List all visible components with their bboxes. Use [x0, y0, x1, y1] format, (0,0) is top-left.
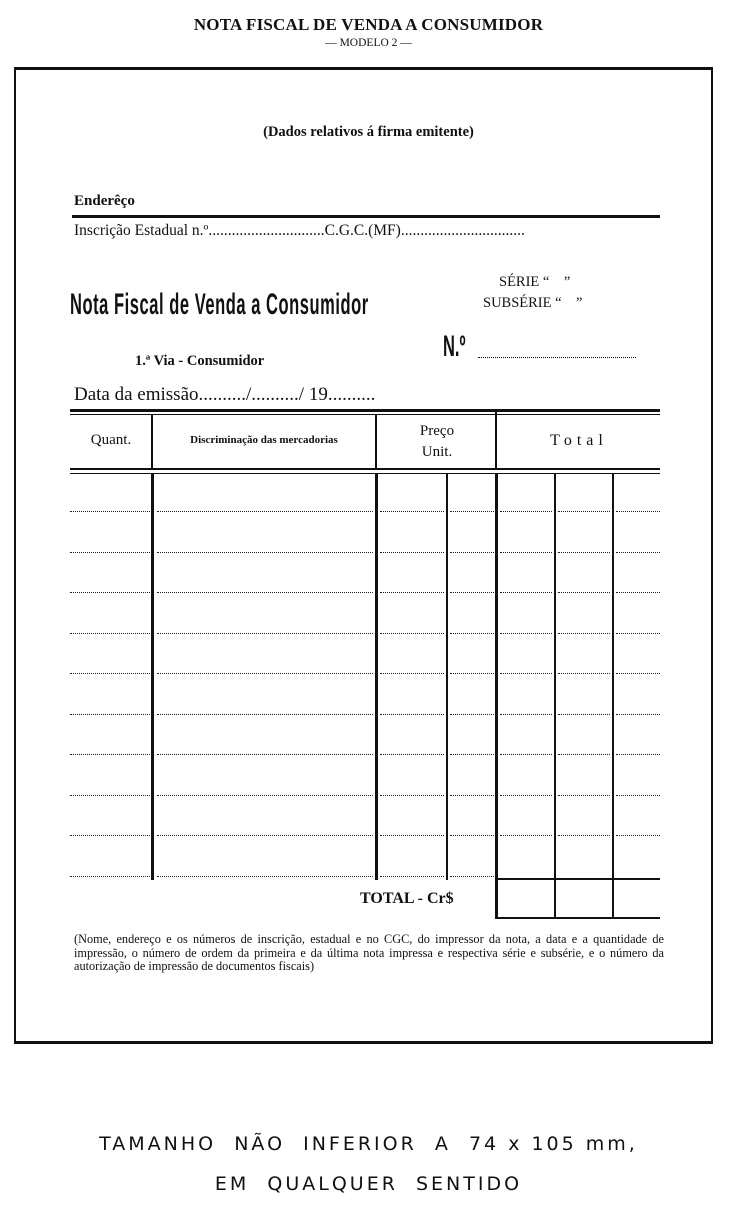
- table-row-cell[interactable]: [70, 511, 150, 512]
- serie-label: SÉRIE “ ”: [499, 274, 570, 291]
- table-row-cell[interactable]: [500, 592, 552, 593]
- table-row-cell[interactable]: [616, 592, 660, 593]
- registration-line: Inscrição Estadual n.º..................…: [74, 222, 525, 240]
- printer-info-note: (Nome, endereço e os números de inscriçã…: [74, 933, 664, 974]
- table-row-cell[interactable]: [558, 754, 610, 755]
- table-row-cell[interactable]: [500, 633, 552, 634]
- table-row-cell[interactable]: [500, 835, 552, 836]
- body-divider-total-2: [554, 474, 556, 919]
- table-row-cell[interactable]: [380, 714, 444, 715]
- table-row-cell[interactable]: [157, 673, 373, 674]
- table-row-cell[interactable]: [558, 552, 610, 553]
- table-row-cell[interactable]: [558, 714, 610, 715]
- body-divider-total-3: [612, 474, 614, 919]
- table-row-cell[interactable]: [558, 835, 610, 836]
- table-row-cell[interactable]: [157, 876, 373, 877]
- body-divider-quant: [151, 474, 154, 880]
- table-row-cell[interactable]: [380, 673, 444, 674]
- table-row-cell[interactable]: [70, 754, 150, 755]
- header-divider-2: [375, 414, 377, 469]
- table-row-cell[interactable]: [450, 876, 494, 877]
- table-row-cell[interactable]: [157, 795, 373, 796]
- table-row-cell[interactable]: [157, 633, 373, 634]
- table-row-cell[interactable]: [616, 714, 660, 715]
- table-row-cell[interactable]: [450, 714, 494, 715]
- table-row-cell[interactable]: [450, 754, 494, 755]
- table-top-rule-2: [70, 414, 660, 415]
- address-rule: [72, 215, 660, 218]
- column-header-total: Total: [498, 432, 660, 450]
- table-row-cell[interactable]: [70, 876, 150, 877]
- table-row-cell[interactable]: [70, 633, 150, 634]
- table-row-cell[interactable]: [616, 552, 660, 553]
- table-row-cell[interactable]: [558, 795, 610, 796]
- table-top-rule: [70, 409, 660, 412]
- total-label: TOTAL - Cr$: [360, 890, 454, 908]
- table-row-cell[interactable]: [616, 835, 660, 836]
- table-row-cell[interactable]: [157, 552, 373, 553]
- table-row-cell[interactable]: [157, 511, 373, 512]
- table-row-cell[interactable]: [157, 714, 373, 715]
- table-row-cell[interactable]: [380, 592, 444, 593]
- table-row-cell[interactable]: [157, 754, 373, 755]
- table-row-cell[interactable]: [157, 835, 373, 836]
- table-row-cell[interactable]: [450, 552, 494, 553]
- table-row-cell[interactable]: [70, 714, 150, 715]
- table-row-cell[interactable]: [450, 592, 494, 593]
- unit-price-line2: Unit.: [378, 442, 496, 463]
- table-row-cell[interactable]: [157, 592, 373, 593]
- table-row-cell[interactable]: [500, 552, 552, 553]
- table-row-cell[interactable]: [380, 633, 444, 634]
- table-row-cell[interactable]: [500, 714, 552, 715]
- state-registration-label: Inscrição Estadual n.º: [74, 222, 208, 239]
- table-row-cell[interactable]: [558, 511, 610, 512]
- column-header-discrimination: Discriminação das mercadorias: [153, 434, 375, 446]
- page-title: NOTA FISCAL DE VENDA A CONSUMIDOR: [0, 15, 737, 35]
- table-row-cell[interactable]: [450, 835, 494, 836]
- table-row-cell[interactable]: [380, 876, 444, 877]
- table-row-cell[interactable]: [450, 673, 494, 674]
- subserie-label: SUBSÉRIE “ ”: [483, 295, 582, 312]
- size-requirement-line1: TAMANHO NÃO INFERIOR A 74 x 105 mm,: [0, 1133, 737, 1155]
- table-row-cell[interactable]: [380, 511, 444, 512]
- table-row-cell[interactable]: [380, 795, 444, 796]
- table-header-bottom-rule: [70, 468, 660, 470]
- table-row-cell[interactable]: [380, 835, 444, 836]
- table-row-cell[interactable]: [500, 511, 552, 512]
- body-divider-total-1: [495, 474, 498, 919]
- table-row-cell[interactable]: [500, 754, 552, 755]
- body-divider-discrimination: [375, 474, 378, 880]
- table-row-cell[interactable]: [616, 511, 660, 512]
- table-row-cell[interactable]: [616, 795, 660, 796]
- total-bottom-rule: [498, 917, 660, 919]
- document-title: Nota Fiscal de Venda a Consumidor: [70, 288, 369, 322]
- table-row-cell[interactable]: [380, 552, 444, 553]
- unit-price-line1: Preço: [378, 421, 496, 442]
- table-row-cell[interactable]: [70, 795, 150, 796]
- table-row-cell[interactable]: [616, 754, 660, 755]
- number-label: N.º: [443, 330, 466, 364]
- cgc-label: C.G.C.(MF): [325, 222, 401, 239]
- table-row-cell[interactable]: [450, 511, 494, 512]
- table-row-cell[interactable]: [70, 673, 150, 674]
- header-divider-1: [151, 414, 153, 469]
- table-row-cell[interactable]: [450, 633, 494, 634]
- body-divider-unit-price: [446, 474, 448, 880]
- table-row-cell[interactable]: [558, 633, 610, 634]
- table-row-cell[interactable]: [450, 795, 494, 796]
- copy-label: 1.ª Via - Consumidor: [135, 353, 264, 370]
- column-header-quant: Quant.: [70, 432, 152, 449]
- state-registration-field[interactable]: ..............................: [208, 222, 324, 239]
- firm-data-label: (Dados relativos á firma emitente): [0, 124, 737, 141]
- table-row-cell[interactable]: [616, 633, 660, 634]
- size-requirement-line2: EM QUALQUER SENTIDO: [0, 1173, 737, 1195]
- table-row-cell[interactable]: [70, 552, 150, 553]
- header-divider-3: [495, 409, 497, 469]
- table-header-bottom-rule-2: [70, 473, 660, 474]
- total-value-field[interactable]: [498, 880, 660, 917]
- cgc-field[interactable]: ................................: [401, 222, 525, 239]
- column-header-unit-price: Preço Unit.: [378, 421, 496, 463]
- table-row-cell[interactable]: [558, 673, 610, 674]
- table-row-cell[interactable]: [500, 795, 552, 796]
- model-subtitle: — MODELO 2 —: [0, 37, 737, 49]
- table-row-cell[interactable]: [380, 754, 444, 755]
- table-row-cell[interactable]: [70, 835, 150, 836]
- address-label: Enderêço: [74, 193, 135, 210]
- table-row-cell[interactable]: [558, 592, 610, 593]
- issue-date-field[interactable]: Data da emissão........../........../ 19…: [74, 384, 375, 406]
- table-row-cell[interactable]: [70, 592, 150, 593]
- table-row-cell[interactable]: [616, 673, 660, 674]
- table-row-cell[interactable]: [500, 673, 552, 674]
- number-field[interactable]: [478, 357, 636, 358]
